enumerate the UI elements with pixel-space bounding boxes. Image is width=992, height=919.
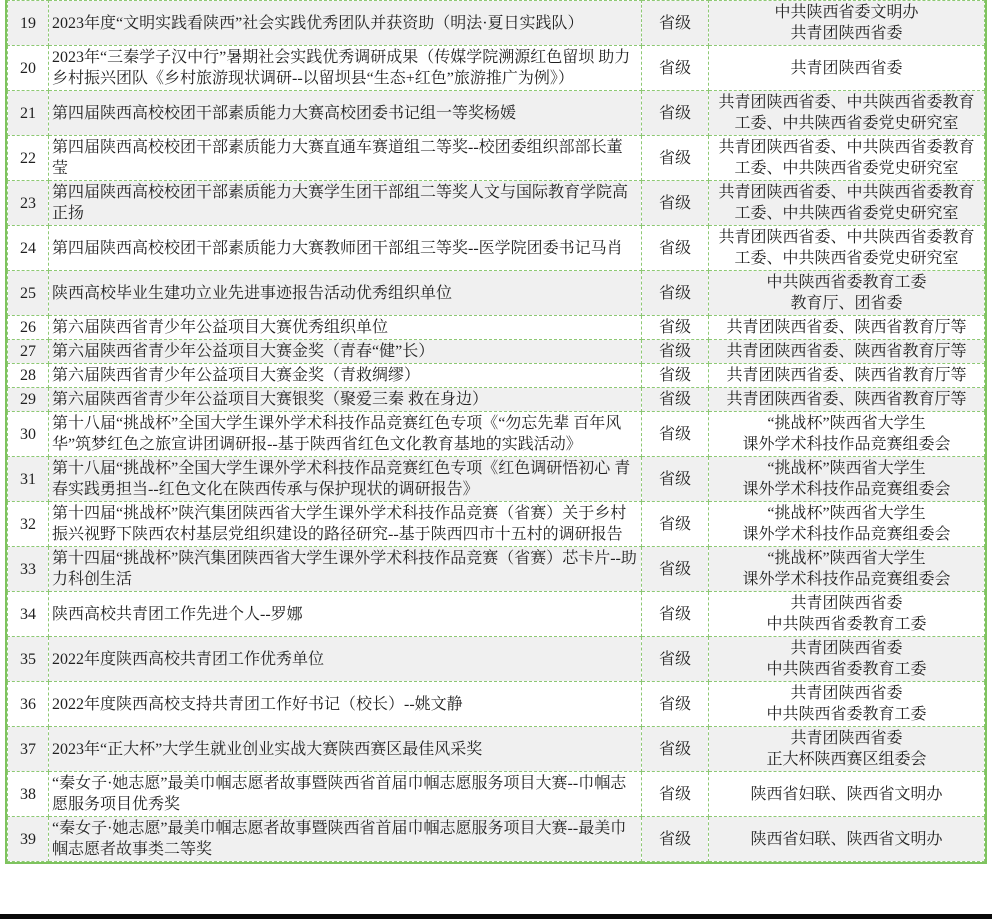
row-number-cell: 37 [8,727,49,772]
table-row: 33第十四届“挑战杯”陕汽集团陕西省大学生课外学术科技作品竞赛（省赛）芯卡片--… [8,547,985,592]
award-name-cell: 第四届陕西高校校团干部素质能力大赛直通车赛道组二等奖--校团委组织部部长董莹 [49,136,642,181]
level-cell: 省级 [642,547,709,592]
award-name-cell: 第十四届“挑战杯”陕汽集团陕西省大学生课外学术科技作品竞赛（省赛）关于乡村振兴视… [49,502,642,547]
level-cell: 省级 [642,412,709,457]
table-row: 29第六届陕西省青少年公益项目大赛银奖（聚爱三秦 救在身边）省级共青团陕西省委、… [8,388,985,412]
table-row: 30第十八届“挑战杯”全国大学生课外学术科技作品竞赛红色专项《“勿忘先辈 百年风… [8,412,985,457]
row-number-cell: 33 [8,547,49,592]
level-cell: 省级 [642,772,709,817]
table-row: 34陕西高校共青团工作先进个人--罗娜省级共青团陕西省委 中共陕西省委教育工委 [8,592,985,637]
table-row: 352022年度陕西高校共青团工作优秀单位省级共青团陕西省委 中共陕西省委教育工… [8,637,985,682]
row-number-cell: 34 [8,592,49,637]
row-number-cell: 29 [8,388,49,412]
organization-cell: 共青团陕西省委 中共陕西省委教育工委 [709,637,985,682]
row-number-cell: 24 [8,226,49,271]
award-name-cell: 第六届陕西省青少年公益项目大赛金奖（青春“健”长） [49,340,642,364]
level-cell: 省级 [642,592,709,637]
row-number-cell: 39 [8,817,49,862]
award-name-cell: 陕西高校共青团工作先进个人--罗娜 [49,592,642,637]
table-row: 38“秦女子·她志愿”最美巾帼志愿者故事暨陕西省首届巾帼志愿服务项目大赛--巾帼… [8,772,985,817]
row-number-cell: 30 [8,412,49,457]
row-number-cell: 21 [8,91,49,136]
awards-table: 192023年度“文明实践看陕西”社会实践优秀团队并获资助（明法·夏日实践队）省… [7,0,985,862]
table-bottom-border [0,914,992,919]
award-name-cell: “秦女子·她志愿”最美巾帼志愿者故事暨陕西省首届巾帼志愿服务项目大赛--最美巾帼… [49,817,642,862]
award-name-cell: 第六届陕西省青少年公益项目大赛银奖（聚爱三秦 救在身边） [49,388,642,412]
organization-cell: 中共陕西省委教育工委 教育厅、团省委 [709,271,985,316]
level-cell: 省级 [642,388,709,412]
organization-cell: “挑战杯”陕西省大学生 课外学术科技作品竞赛组委会 [709,502,985,547]
award-name-cell: 陕西高校毕业生建功立业先进事迹报告活动优秀组织单位 [49,271,642,316]
level-cell: 省级 [642,46,709,91]
award-name-cell: 第六届陕西省青少年公益项目大赛优秀组织单位 [49,316,642,340]
level-cell: 省级 [642,316,709,340]
organization-cell: 共青团陕西省委 中共陕西省委教育工委 [709,592,985,637]
level-cell: 省级 [642,91,709,136]
award-name-cell: 2023年度“文明实践看陕西”社会实践优秀团队并获资助（明法·夏日实践队） [49,1,642,46]
table-row: 27第六届陕西省青少年公益项目大赛金奖（青春“健”长）省级共青团陕西省委、陕西省… [8,340,985,364]
awards-table-page: 192023年度“文明实践看陕西”社会实践优秀团队并获资助（明法·夏日实践队）省… [0,0,992,919]
row-number-cell: 36 [8,682,49,727]
award-name-cell: 第十八届“挑战杯”全国大学生课外学术科技作品竞赛红色专项《“勿忘先辈 百年风华”… [49,412,642,457]
organization-cell: 共青团陕西省委 [709,46,985,91]
award-name-cell: 第十八届“挑战杯”全国大学生课外学术科技作品竞赛红色专项《红色调研悟初心 青春实… [49,457,642,502]
table-row: 25陕西高校毕业生建功立业先进事迹报告活动优秀组织单位省级中共陕西省委教育工委 … [8,271,985,316]
organization-cell: 陕西省妇联、陕西省文明办 [709,772,985,817]
level-cell: 省级 [642,457,709,502]
table-row: 362022年度陕西高校支持共青团工作好书记（校长）--姚文静省级共青团陕西省委… [8,682,985,727]
organization-cell: 共青团陕西省委、中共陕西省委教育工委、中共陕西省委党史研究室 [709,226,985,271]
table-row: 23第四届陕西高校校团干部素质能力大赛学生团干部组二等奖人文与国际教育学院高正扬… [8,181,985,226]
level-cell: 省级 [642,364,709,388]
organization-cell: 共青团陕西省委、中共陕西省委教育工委、中共陕西省委党史研究室 [709,181,985,226]
organization-cell: 中共陕西省委文明办 共青团陕西省委 [709,1,985,46]
table-row: 32第十四届“挑战杯”陕汽集团陕西省大学生课外学术科技作品竞赛（省赛）关于乡村振… [8,502,985,547]
level-cell: 省级 [642,340,709,364]
award-name-cell: 第四届陕西高校校团干部素质能力大赛高校团委书记组一等奖杨媛 [49,91,642,136]
table-row: 31第十八届“挑战杯”全国大学生课外学术科技作品竞赛红色专项《红色调研悟初心 青… [8,457,985,502]
table-row: 202023年“三秦学子汉中行”暑期社会实践优秀调研成果（传媒学院溯源红色留坝 … [8,46,985,91]
row-number-cell: 27 [8,340,49,364]
row-number-cell: 25 [8,271,49,316]
organization-cell: 共青团陕西省委、中共陕西省委教育工委、中共陕西省委党史研究室 [709,136,985,181]
row-number-cell: 20 [8,46,49,91]
row-number-cell: 38 [8,772,49,817]
level-cell: 省级 [642,502,709,547]
award-name-cell: 2022年度陕西高校共青团工作优秀单位 [49,637,642,682]
table-row: 192023年度“文明实践看陕西”社会实践优秀团队并获资助（明法·夏日实践队）省… [8,1,985,46]
award-name-cell: 第四届陕西高校校团干部素质能力大赛教师团干部组三等奖--医学院团委书记马肖 [49,226,642,271]
level-cell: 省级 [642,817,709,862]
organization-cell: 共青团陕西省委 正大杯陕西赛区组委会 [709,727,985,772]
organization-cell: “挑战杯”陕西省大学生 课外学术科技作品竞赛组委会 [709,457,985,502]
table-row: 24第四届陕西高校校团干部素质能力大赛教师团干部组三等奖--医学院团委书记马肖省… [8,226,985,271]
award-name-cell: 2023年“三秦学子汉中行”暑期社会实践优秀调研成果（传媒学院溯源红色留坝 助力… [49,46,642,91]
row-number-cell: 32 [8,502,49,547]
row-number-cell: 19 [8,1,49,46]
level-cell: 省级 [642,226,709,271]
award-name-cell: 第六届陕西省青少年公益项目大赛金奖（青救绸缪） [49,364,642,388]
organization-cell: 陕西省妇联、陕西省文明办 [709,817,985,862]
award-name-cell: 2022年度陕西高校支持共青团工作好书记（校长）--姚文静 [49,682,642,727]
award-name-cell: 第十四届“挑战杯”陕汽集团陕西省大学生课外学术科技作品竞赛（省赛）芯卡片--助力… [49,547,642,592]
organization-cell: “挑战杯”陕西省大学生 课外学术科技作品竞赛组委会 [709,412,985,457]
level-cell: 省级 [642,136,709,181]
organization-cell: 共青团陕西省委、陕西省教育厅等 [709,340,985,364]
row-number-cell: 31 [8,457,49,502]
row-number-cell: 22 [8,136,49,181]
level-cell: 省级 [642,682,709,727]
level-cell: 省级 [642,637,709,682]
award-name-cell: 2023年“正大杯”大学生就业创业实战大赛陕西赛区最佳风采奖 [49,727,642,772]
level-cell: 省级 [642,727,709,772]
award-name-cell: 第四届陕西高校校团干部素质能力大赛学生团干部组二等奖人文与国际教育学院高正扬 [49,181,642,226]
organization-cell: “挑战杯”陕西省大学生 课外学术科技作品竞赛组委会 [709,547,985,592]
organization-cell: 共青团陕西省委、陕西省教育厅等 [709,388,985,412]
award-name-cell: “秦女子·她志愿”最美巾帼志愿者故事暨陕西省首届巾帼志愿服务项目大赛--巾帼志愿… [49,772,642,817]
table-row: 21第四届陕西高校校团干部素质能力大赛高校团委书记组一等奖杨媛省级共青团陕西省委… [8,91,985,136]
table-row: 28第六届陕西省青少年公益项目大赛金奖（青救绸缪）省级共青团陕西省委、陕西省教育… [8,364,985,388]
level-cell: 省级 [642,181,709,226]
organization-cell: 共青团陕西省委、中共陕西省委教育工委、中共陕西省委党史研究室 [709,91,985,136]
table-row: 372023年“正大杯”大学生就业创业实战大赛陕西赛区最佳风采奖省级共青团陕西省… [8,727,985,772]
organization-cell: 共青团陕西省委、陕西省教育厅等 [709,316,985,340]
row-number-cell: 26 [8,316,49,340]
table-row: 26第六届陕西省青少年公益项目大赛优秀组织单位省级共青团陕西省委、陕西省教育厅等 [8,316,985,340]
awards-table-body: 192023年度“文明实践看陕西”社会实践优秀团队并获资助（明法·夏日实践队）省… [8,1,985,862]
level-cell: 省级 [642,271,709,316]
level-cell: 省级 [642,1,709,46]
organization-cell: 共青团陕西省委、陕西省教育厅等 [709,364,985,388]
row-number-cell: 35 [8,637,49,682]
row-number-cell: 28 [8,364,49,388]
row-number-cell: 23 [8,181,49,226]
table-row: 22第四届陕西高校校团干部素质能力大赛直通车赛道组二等奖--校团委组织部部长董莹… [8,136,985,181]
organization-cell: 共青团陕西省委 中共陕西省委教育工委 [709,682,985,727]
awards-table-container: 192023年度“文明实践看陕西”社会实践优秀团队并获资助（明法·夏日实践队）省… [5,0,987,864]
table-row: 39“秦女子·她志愿”最美巾帼志愿者故事暨陕西省首届巾帼志愿服务项目大赛--最美… [8,817,985,862]
